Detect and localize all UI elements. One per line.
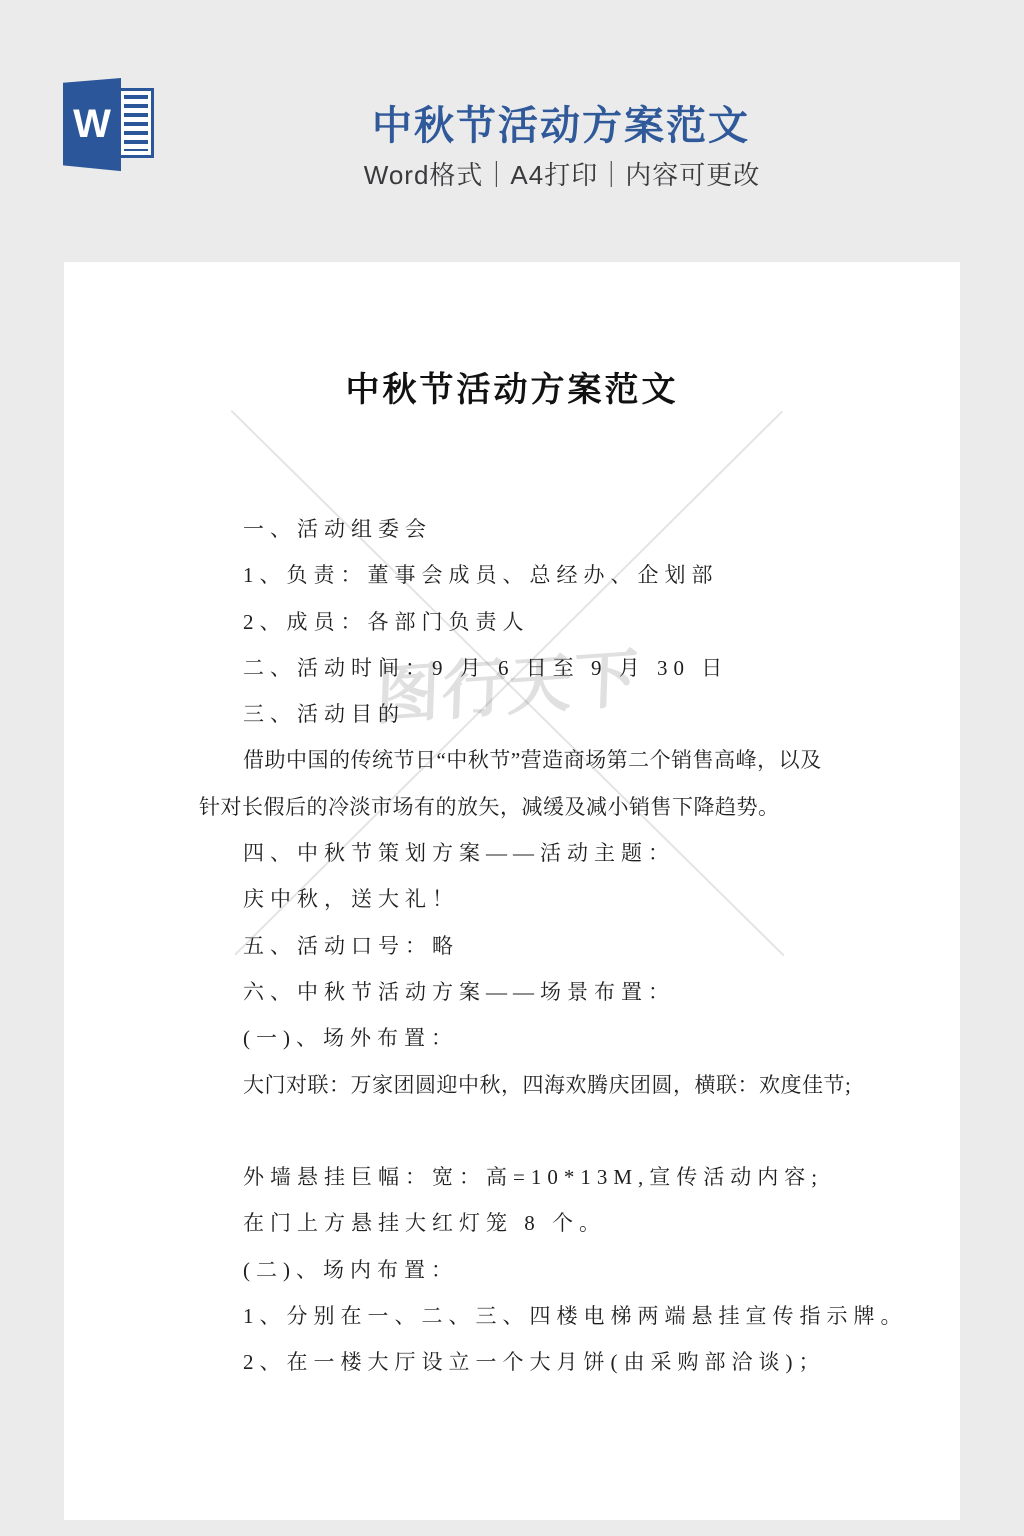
doc-line: 1、负责：董事会成员、总经办、企划部: [199, 552, 859, 598]
doc-line: 六、中秋节活动方案——场景布置：: [199, 969, 859, 1015]
doc-line: 针对长假后的冷淡市场有的放矢，减缓及减小销售下降趋势。: [199, 784, 859, 830]
word-cover-icon: W: [63, 78, 121, 174]
doc-line: 庆中秋，送大礼！: [199, 876, 859, 922]
word-logo-icon: W: [63, 78, 155, 174]
doc-line: (一)、场外布置：: [199, 1015, 859, 1061]
word-letter: W: [73, 104, 111, 144]
doc-line: 1、分别在一、二、三、四楼电梯两端悬挂宣传指示牌。: [199, 1293, 859, 1339]
doc-line: 2、成员：各部门负责人: [199, 599, 859, 645]
doc-line: 2、在一楼大厅设立一个大月饼(由采购部洽谈)；: [199, 1339, 859, 1385]
doc-line: [199, 1108, 859, 1154]
doc-line: 三、活动目的: [199, 691, 859, 737]
document-page: 图行天下 中秋节活动方案范文 一、活动组委会1、负责：董事会成员、总经办、企划部…: [64, 262, 960, 1520]
document-body: 一、活动组委会1、负责：董事会成员、总经办、企划部2、成员：各部门负责人二、活动…: [199, 506, 859, 1386]
doc-line: 一、活动组委会: [199, 506, 859, 552]
doc-line: 大门对联：万家团圆迎中秋，四海欢腾庆团圆，横联：欢度佳节;: [199, 1062, 859, 1108]
word-document-sheet-icon: [118, 88, 154, 158]
doc-line: 二、活动时间：9 月 6 日至 9 月 30 日: [199, 645, 859, 691]
document-title: 中秋节活动方案范文: [64, 362, 960, 411]
doc-line: 借助中国的传统节日“中秋节”营造商场第二个销售高峰，以及: [199, 737, 859, 783]
doc-line: 外墙悬挂巨幅：宽：高=10*13M,宣传活动内容;: [199, 1154, 859, 1200]
doc-line: 四、中秋节策划方案——活动主题：: [199, 830, 859, 876]
header-banner: W 中秋节活动方案范文 Word格式｜A4打印｜内容可更改: [0, 0, 1024, 262]
page-subtitle: Word格式｜A4打印｜内容可更改: [364, 155, 760, 192]
page-title: 中秋节活动方案范文: [372, 94, 750, 151]
doc-line: (二)、场内布置：: [199, 1247, 859, 1293]
doc-line: 五、活动口号：略: [199, 923, 859, 969]
doc-line: 在门上方悬挂大红灯笼 8 个。: [199, 1200, 859, 1246]
document-lines-icon: [124, 95, 148, 151]
